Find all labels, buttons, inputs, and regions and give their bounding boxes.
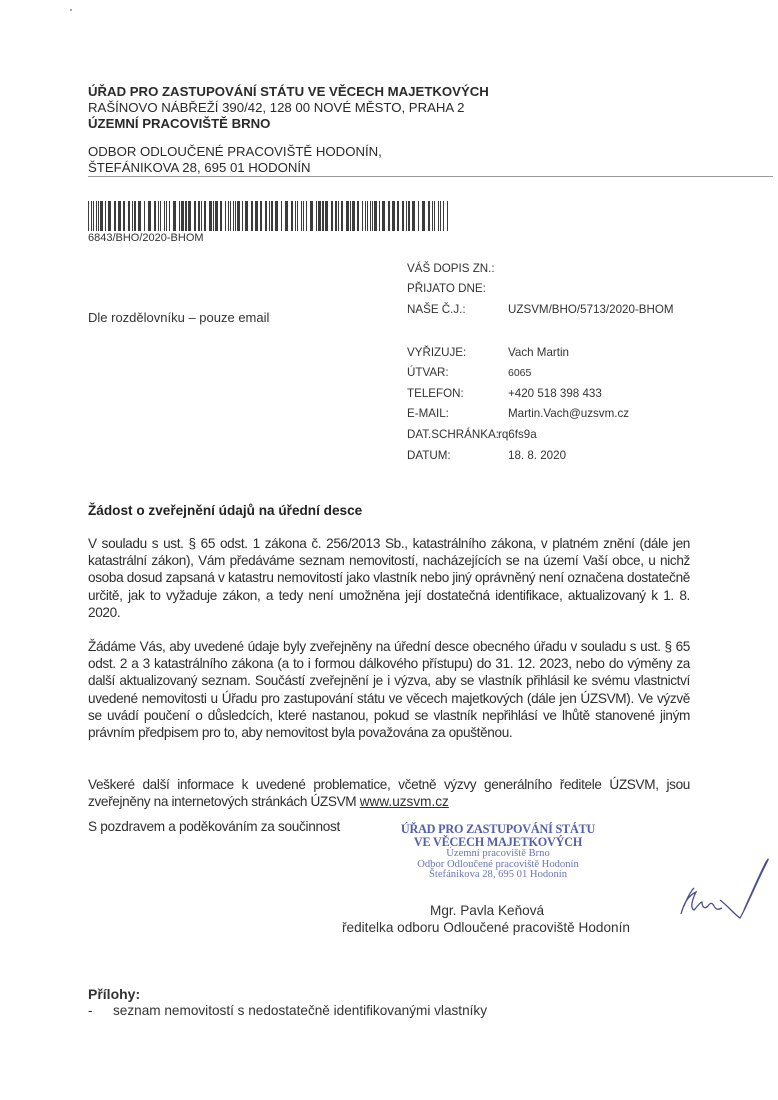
website-link[interactable]: www.uzsvm.cz (360, 794, 449, 809)
org-name: ÚŘAD PRO ZASTUPOVÁNÍ STÁTU VE VĚCECH MAJ… (88, 84, 489, 100)
contact-label: E-MAIL: (407, 407, 449, 420)
letter-subject: Žádost o zveřejnění údajů na úřední desc… (88, 503, 362, 518)
contact-label: DATUM: (407, 449, 451, 462)
paragraph-3: Veškeré další informace k uvedené proble… (88, 776, 690, 810)
header-divider (88, 176, 773, 177)
paragraph-1: V souladu s ust. § 65 odst. 1 zákona č. … (88, 535, 690, 621)
stamp-line: Územní pracoviště Brno (398, 849, 598, 860)
contact-value: 6065 (508, 367, 531, 379)
paragraph-2: Žádáme Vás, aby uvedené údaje byly zveře… (88, 638, 690, 741)
handwritten-signature-icon (676, 848, 776, 923)
contact-value: rq6fs9a (498, 428, 537, 441)
stamp-line: Štefánikova 28, 695 01 Hodonín (398, 870, 598, 881)
signatory-name: Mgr. Pavla Keňová (430, 903, 544, 918)
contact-label: ÚTVAR: (407, 366, 449, 379)
barcode-icon (88, 201, 448, 231)
ref-label: VÁŠ DOPIS ZN.: (407, 262, 495, 275)
org-address: RAŠÍNOVO NÁBŘEŽÍ 390/42, 128 00 NOVÉ MĚS… (88, 100, 464, 116)
bullet: - (88, 1003, 93, 1018)
contact-label: VYŘIZUJE: (407, 346, 466, 359)
signatory-role: ředitelka odboru Odloučené pracoviště Ho… (342, 920, 630, 935)
email-link[interactable]: Martin.Vach@uzsvm.cz (508, 407, 629, 420)
department-line2: ŠTEFÁNIKOVA 28, 695 01 HODONÍN (88, 160, 311, 176)
closing: S pozdravem a poděkováním za součinnost (88, 819, 340, 834)
department-line1: ODBOR ODLOUČENÉ PRACOVIŠTĚ HODONÍN, (88, 144, 382, 160)
barcode-reference: 6843/BHO/2020-BHOM (88, 232, 204, 244)
contact-value: 18. 8. 2020 (508, 449, 566, 462)
scan-speck (70, 9, 72, 11)
official-stamp: ÚŘAD PRO ZASTUPOVÁNÍ STÁTU VE VĚCECH MAJ… (398, 823, 598, 881)
contact-label: DAT.SCHRÁNKA: (407, 428, 499, 441)
contact-value: +420 518 398 433 (508, 387, 602, 400)
recipient: Dle rozdělovníku – pouze email (88, 310, 269, 325)
contact-label: TELEFON: (407, 387, 464, 400)
regional-office: ÚZEMNÍ PRACOVIŠTĚ BRNO (88, 116, 270, 132)
ref-value: UZSVM/BHO/5713/2020-BHOM (508, 303, 674, 316)
attachments-title: Přílohy: (88, 986, 140, 1002)
attachment-text: seznam nemovitostí s nedostatečně identi… (113, 1003, 487, 1018)
ref-label: NAŠE Č.J.: (407, 303, 466, 316)
contact-value: Vach Martin (508, 346, 569, 359)
ref-label: PŘIJATO DNE: (407, 282, 486, 295)
